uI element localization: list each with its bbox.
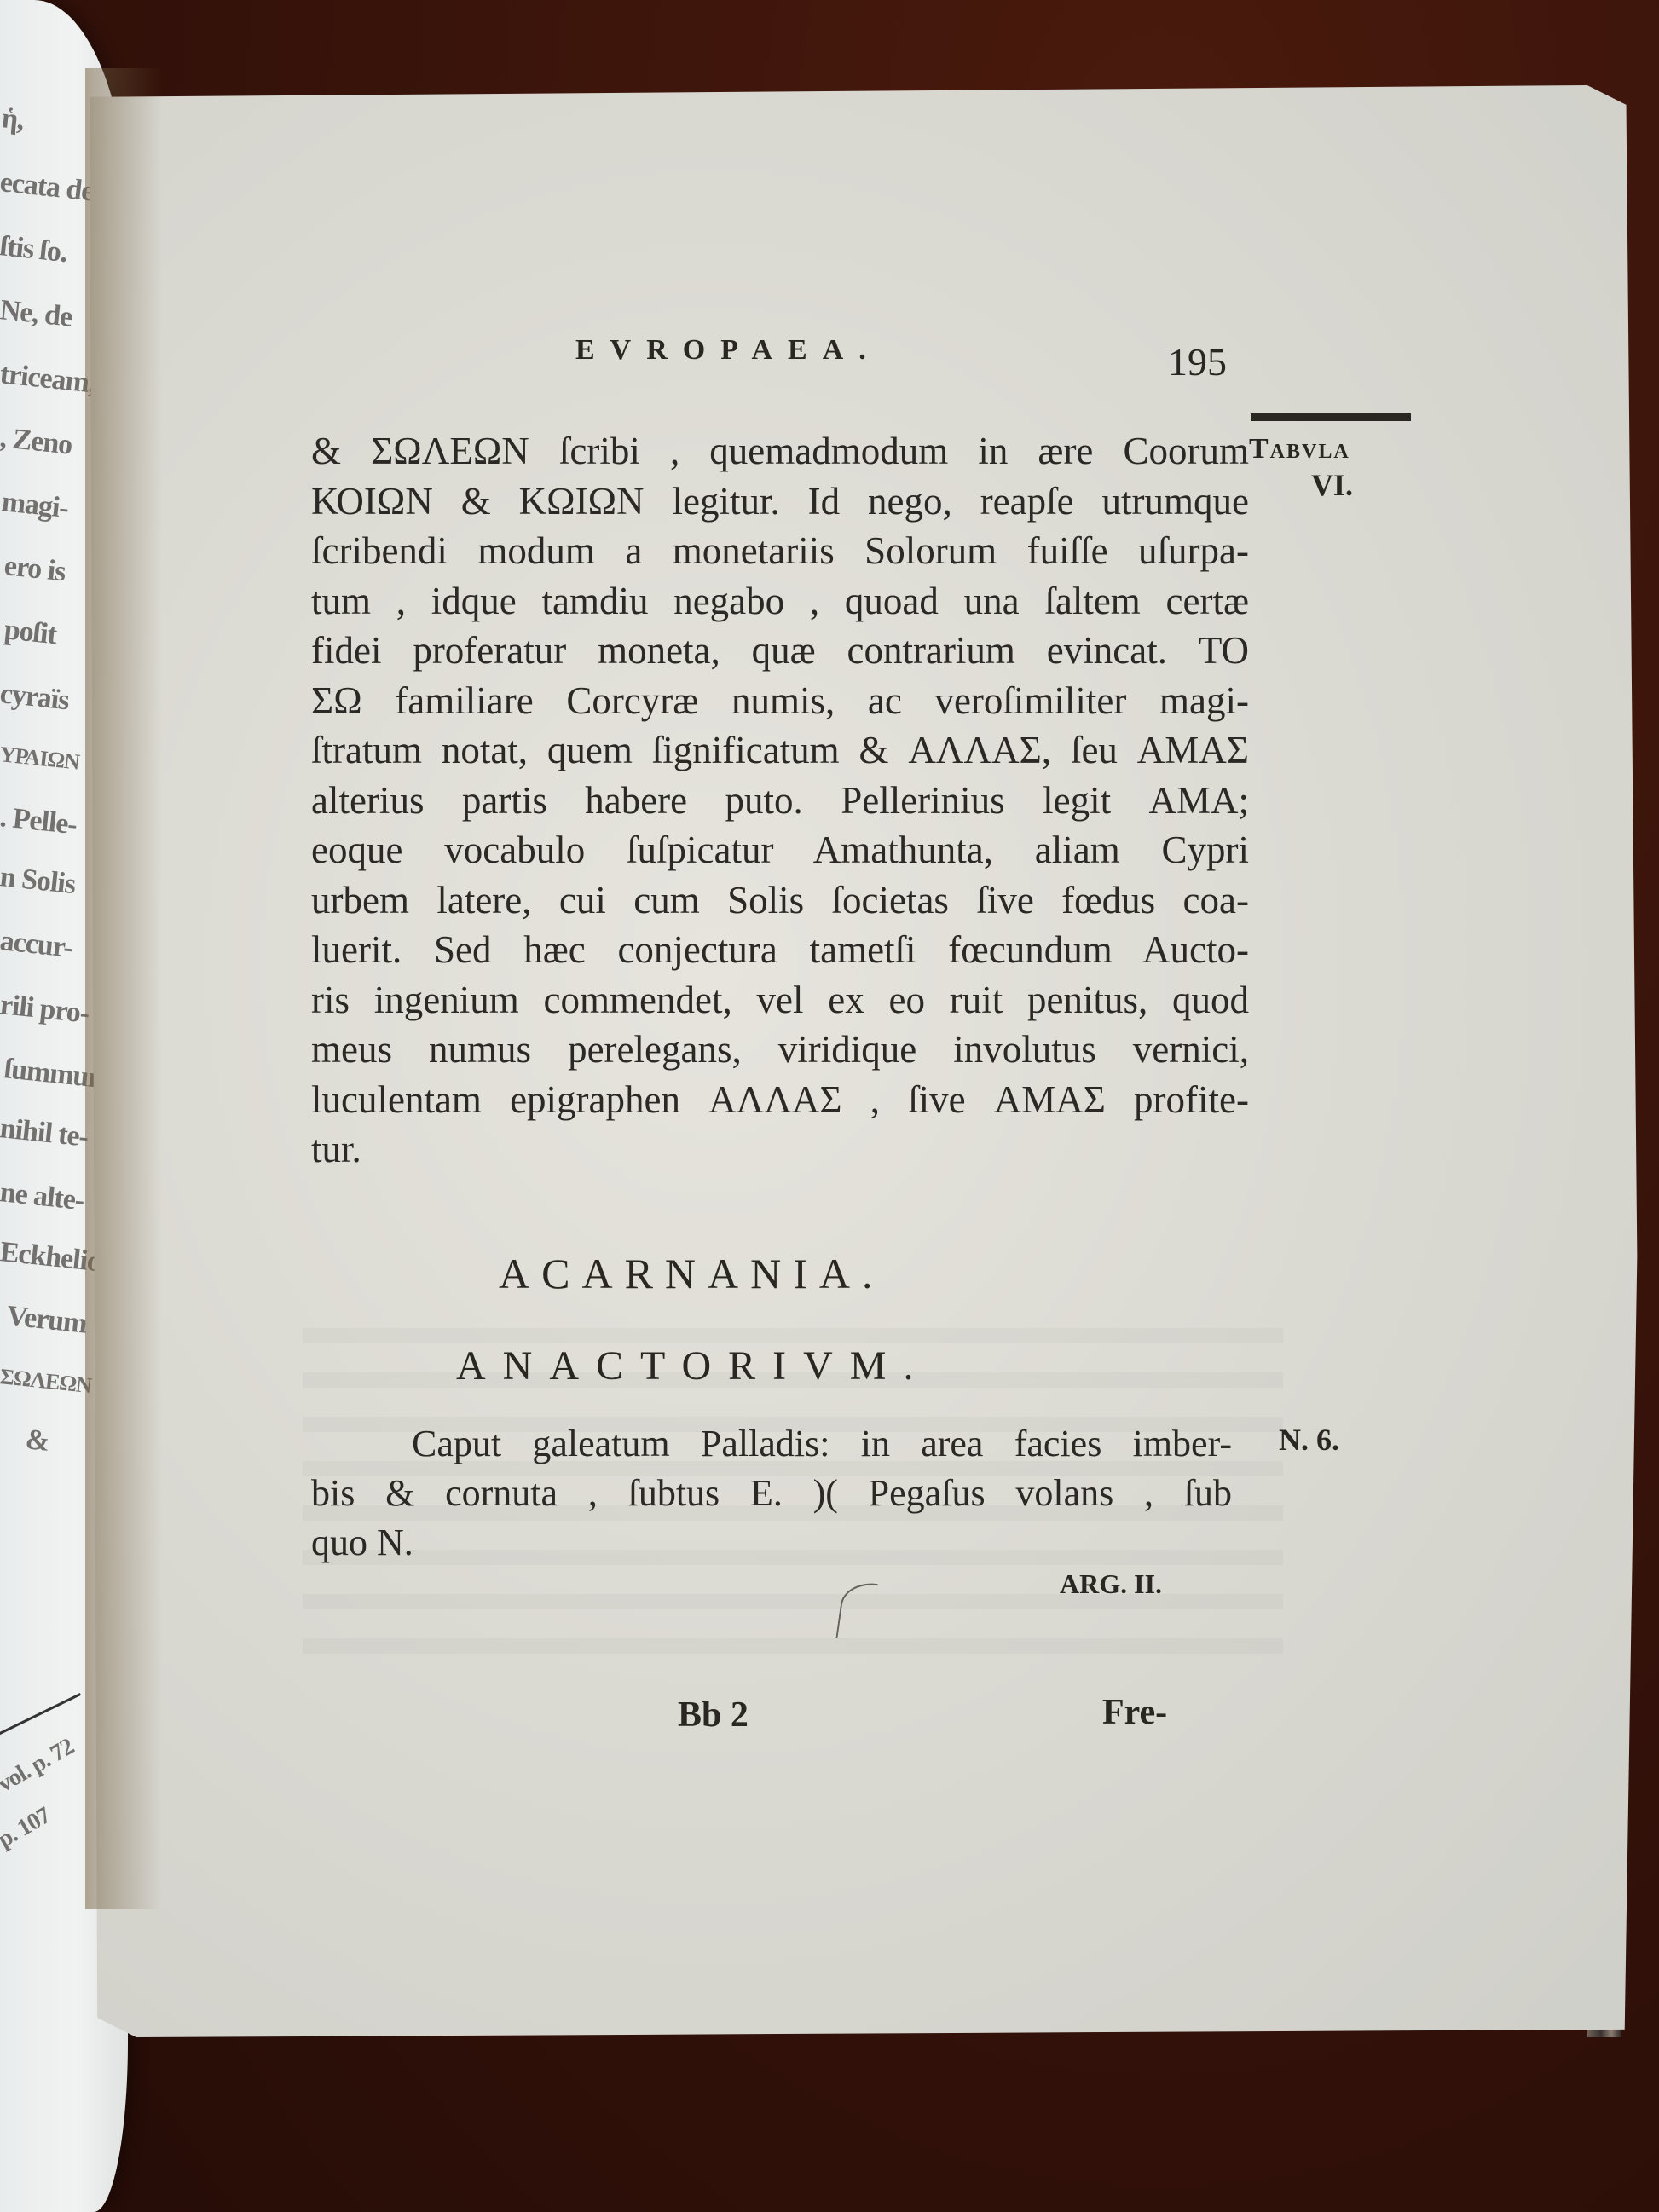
signature-mark: Bb 2 bbox=[678, 1695, 749, 1736]
text-line: ſcribendi modum a monetariis Solorum fui… bbox=[311, 526, 1249, 576]
text-line: luculentam epigraphen ΑΛΛΑΣ , ſive ΑΜΑΣ … bbox=[311, 1075, 1249, 1125]
text-line: tur. bbox=[311, 1124, 1249, 1175]
margin-rule bbox=[1251, 413, 1411, 421]
coin-description: Caput galeatum Palladis: in area facies … bbox=[311, 1419, 1232, 1568]
margin-note-number: VI. bbox=[1311, 467, 1353, 503]
text-line: tum , idque tamdiu negabo , quoad una ſa… bbox=[311, 576, 1249, 627]
metal-size-label: ARG. II. bbox=[1060, 1568, 1162, 1600]
text-line: bis & cornuta , ſubtus E. )( Pegaſus vol… bbox=[311, 1469, 1232, 1518]
section-heading: ACARNANIA. bbox=[499, 1249, 885, 1298]
coin-number: N. 6. bbox=[1279, 1422, 1339, 1458]
text-line: urbem latere, cui cum Solis ſocietas ſiv… bbox=[311, 875, 1249, 926]
text-line: ΚΟΙΩΝ & ΚΩΙΩΝ legitur. Id nego, reapſe u… bbox=[311, 476, 1249, 527]
text-line: ſtratum notat, quem ſignificatum & ΑΛΛΑΣ… bbox=[311, 725, 1249, 776]
text-line: fidei proferatur moneta, quæ contrarium … bbox=[311, 626, 1249, 676]
text-line: meus numus perelegans, viridique involut… bbox=[311, 1025, 1249, 1075]
text-line: luerit. Sed hæc conjectura tametſi fœcun… bbox=[311, 925, 1249, 975]
catchword: Fre- bbox=[1102, 1692, 1167, 1733]
body-paragraph: & ΣΩΛΕΩΝ ſcribi , quemadmodum in ære Coo… bbox=[311, 426, 1249, 1175]
text-line: alterius partis habere puto. Pellerinius… bbox=[311, 776, 1249, 826]
page-text: EVROPAEA. 195 Tabvla VI. & ΣΩΛΕΩΝ ſcribi… bbox=[0, 0, 1659, 2212]
pencil-mark bbox=[835, 1580, 877, 1643]
text-line: ris ingenium commendet, vel ex eo ruit p… bbox=[311, 975, 1249, 1025]
page-number: 195 bbox=[1168, 339, 1227, 384]
subsection-heading: ANACTORIVM. bbox=[456, 1343, 930, 1389]
text-line: quo Ν. bbox=[311, 1518, 1232, 1568]
text-line: Caput galeatum Palladis: in area facies … bbox=[311, 1419, 1232, 1469]
text-line: & ΣΩΛΕΩΝ ſcribi , quemadmodum in ære Coo… bbox=[311, 426, 1249, 476]
text-line: eoque vocabulo ſuſpicatur Amathunta, ali… bbox=[311, 825, 1249, 875]
margin-note-label: Tabvla bbox=[1249, 433, 1350, 465]
running-head: EVROPAEA. bbox=[575, 334, 882, 367]
text-line: ΣΩ familiare Corcyræ numis, ac veroſimil… bbox=[311, 676, 1249, 726]
